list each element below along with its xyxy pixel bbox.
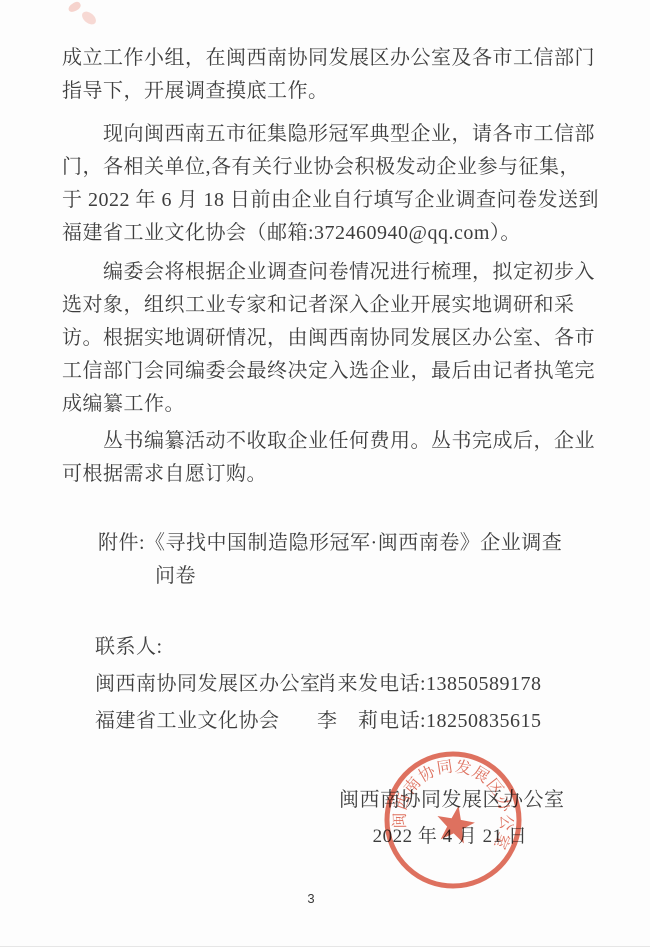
paragraph-4: 丛书编纂活动不收取企业任何费用。丛书完成后，企业 可根据需求自愿订购。 [62, 425, 594, 491]
contact-name: 李 莉 [317, 703, 379, 740]
ink-smudge-mark [67, 0, 82, 13]
attachment-note: 附件:《寻找中国制造隐形冠军·闽西南卷》企业调查 问卷 [98, 527, 562, 593]
body-line: 访。根据实地调研情况，由闽西南协同发展区办公室、各市 [62, 322, 594, 355]
body-line: 成立工作小组，在闽西南协同发展区办公室及各市工信部门 [62, 42, 594, 75]
paragraph-2: 现向闽西南五市征集隐形冠军典型企业，请各市工信部 门，各相关单位,各有关行业协会… [62, 118, 594, 250]
document-body: 成立工作小组，在闽西南协同发展区办公室及各市工信部门 指导下，开展调查摸底工作。… [62, 42, 594, 491]
contact-org: 福建省工业文化协会 [95, 703, 317, 740]
attachment-line: 问卷 [155, 560, 562, 593]
body-line: 指导下，开展调查摸底工作。 [62, 75, 594, 108]
paragraph-1: 成立工作小组，在闽西南协同发展区办公室及各市工信部门 指导下，开展调查摸底工作。 [62, 42, 594, 108]
svg-text:闽西南协同发展区办公室: 闽西南协同发展区办公室 [388, 748, 525, 852]
contact-row: 闽西南协同发展区办公室 肖来发 电话:13850589178 [95, 666, 575, 703]
body-line: 于 2022 年 6 月 18 日前由企业自行填写企业调查问卷发送到 [62, 184, 594, 217]
document-page: 成立工作小组，在闽西南协同发展区办公室及各市工信部门 指导下，开展调查摸底工作。… [0, 0, 650, 947]
body-line: 编委会将根据企业调查问卷情况进行梳理，拟定初步入 [62, 256, 594, 289]
contact-row: 福建省工业文化协会 李 莉 电话:18250835615 [95, 703, 575, 740]
body-line: 成编纂工作。 [62, 388, 594, 421]
contact-phone: 电话:18250835615 [379, 703, 542, 740]
attachment-line: 附件:《寻找中国制造隐形冠军·闽西南卷》企业调查 [98, 527, 562, 560]
body-line: 现向闽西南五市征集隐形冠军典型企业，请各市工信部 [62, 118, 594, 151]
body-line: 工信部门会同编委会最终决定入选企业，最后由记者执笔完 [62, 355, 594, 388]
contact-name: 肖来发 [317, 666, 379, 703]
seal-star-icon [434, 802, 478, 844]
page-number: 3 [299, 891, 323, 906]
paragraph-3: 编委会将根据企业调查问卷情况进行梳理，拟定初步入 选对象，组织工业专家和记者深入… [62, 256, 594, 421]
body-line: 可根据需求自愿订购。 [62, 458, 594, 491]
contact-org: 闽西南协同发展区办公室 [95, 666, 317, 703]
ink-smudge-mark [80, 9, 99, 27]
body-line: 选对象，组织工业专家和记者深入企业开展实地调研和采 [62, 289, 594, 322]
contacts-section: 联系人: 闽西南协同发展区办公室 肖来发 电话:13850589178 福建省工… [95, 629, 575, 740]
body-line: 福建省工业文化协会（邮箱:372460940@qq.com）。 [62, 217, 594, 250]
seal-circular-text: 闽西南协同发展区办公室 [388, 748, 525, 852]
contact-phone: 电话:13850589178 [379, 666, 542, 703]
body-line: 门，各相关单位,各有关行业协会积极发动企业参与征集， [62, 151, 594, 184]
body-line: 丛书编纂活动不收取企业任何费用。丛书完成后，企业 [62, 425, 594, 458]
contacts-heading: 联系人: [95, 629, 575, 666]
official-seal-stamp: 闽西南协同发展区办公室 [378, 745, 528, 895]
